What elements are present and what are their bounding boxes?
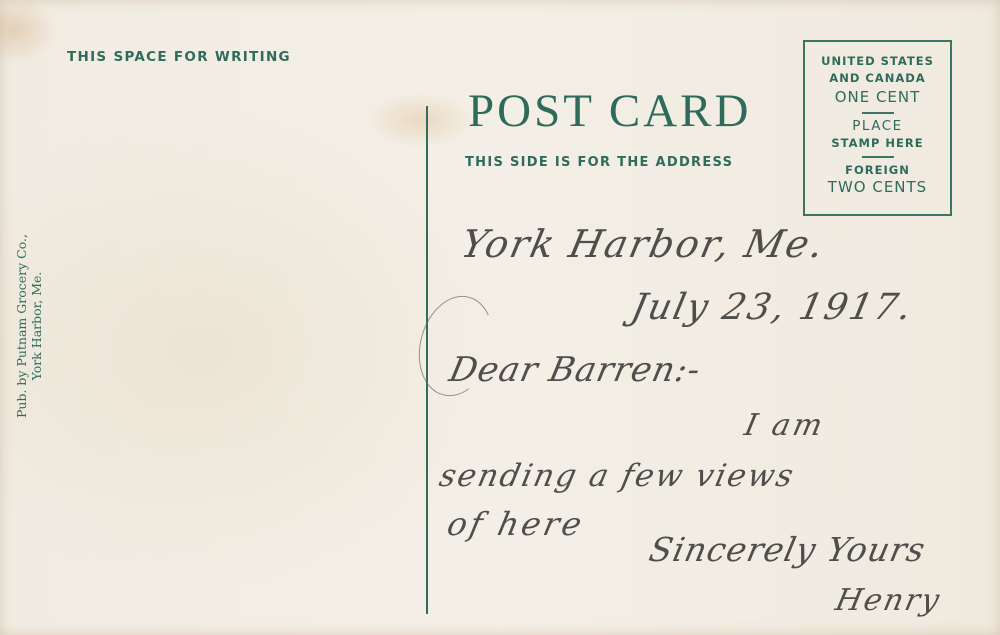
- stamp-box: UNITED STATES AND CANADA ONE CENT PLACE …: [803, 40, 952, 216]
- publisher-line-2: York Harbor, Me.: [29, 206, 44, 446]
- publisher-line-1: Pub. by Putnam Grocery Co.,: [14, 206, 29, 446]
- handwritten-body-3: of here: [444, 505, 588, 543]
- address-side-label: THIS SIDE IS FOR THE ADDRESS: [465, 155, 733, 170]
- handwritten-body-2: sending a few views: [436, 458, 798, 494]
- stamp-rule-2: [862, 156, 894, 158]
- handwritten-signature: Henry: [832, 583, 944, 618]
- stamp-two-cents: TWO CENTS: [805, 178, 950, 197]
- handwritten-date: July 23, 1917.: [628, 287, 917, 328]
- handwritten-salutation: Dear Barren:-: [446, 350, 705, 390]
- handwritten-place: York Harbor, Me.: [457, 222, 829, 266]
- stamp-place: PLACE: [805, 118, 950, 135]
- postcard-title: POST CARD: [468, 84, 751, 138]
- publisher-imprint: Pub. by Putnam Grocery Co., York Harbor,…: [14, 206, 44, 446]
- stamp-foreign: FOREIGN: [805, 162, 950, 178]
- stamp-us-line: UNITED STATES: [805, 53, 950, 70]
- handwritten-body-1: I am: [741, 408, 828, 443]
- stamp-rule-1: [862, 112, 894, 114]
- stamp-canada-line: AND CANADA: [805, 70, 950, 87]
- postcard-back: THIS SPACE FOR WRITING Pub. by Putnam Gr…: [0, 0, 1000, 635]
- handwritten-closing: Sincerely Yours: [646, 530, 929, 569]
- stamp-here: STAMP HERE: [805, 135, 950, 151]
- stamp-one-cent: ONE CENT: [805, 87, 950, 107]
- writing-space-label: THIS SPACE FOR WRITING: [67, 49, 291, 65]
